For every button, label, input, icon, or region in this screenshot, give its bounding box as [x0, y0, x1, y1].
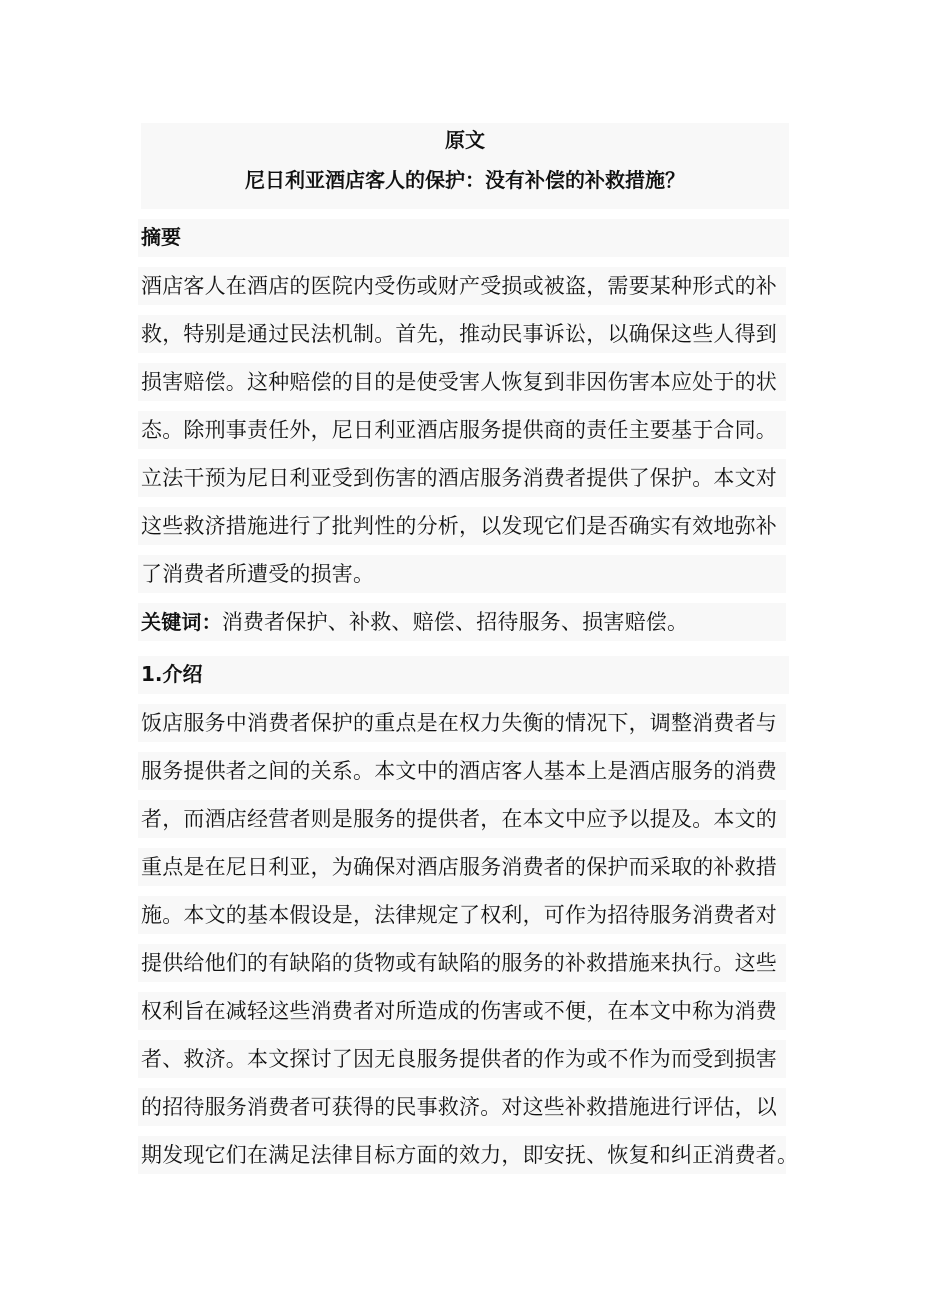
section1-line: 服务提供者之间的关系。本文中的酒店客人基本上是酒店服务的消费	[138, 752, 786, 790]
section1-line: 者、救济。本文探讨了因无良服务提供者的作为或不作为而受到损害	[138, 1040, 786, 1078]
abstract-line: 了消费者所遭受的损害。	[138, 555, 786, 593]
abstract-line: 救，特别是通过民法机制。首先，推动民事诉讼，以确保这些人得到	[138, 315, 786, 353]
section1-heading: 1.介绍	[138, 656, 789, 694]
abstract-line: 损害赔偿。这种赔偿的目的是使受害人恢复到非因伤害本应处于的状	[138, 363, 786, 401]
document-page: 原文 尼日利亚酒店客人的保护：没有补偿的补救措施？ 摘要 酒店客人在酒店的医院内…	[0, 0, 926, 1309]
section1-line: 的招待服务消费者可获得的民事救济。对这些补救措施进行评估，以	[138, 1088, 786, 1126]
section1-line: 施。本文的基本假设是，法律规定了权利，可作为招待服务消费者对	[138, 896, 786, 934]
section1-line: 提供给他们的有缺陷的货物或有缺陷的服务的补救措施来执行。这些	[138, 944, 786, 982]
section1-line: 期发现它们在满足法律目标方面的效力，即安抚、恢复和纠正消费者。	[138, 1136, 786, 1174]
title-block: 原文 尼日利亚酒店客人的保护：没有补偿的补救措施？	[141, 123, 789, 209]
keywords-label: 关键词：	[141, 610, 222, 634]
section1-line: 权利旨在减轻这些消费者对所造成的伤害或不便，在本文中称为消费	[138, 992, 786, 1030]
abstract-line: 态。除刑事责任外，尼日利亚酒店服务提供商的责任主要基于合同。	[138, 411, 786, 449]
document-title: 尼日利亚酒店客人的保护：没有补偿的补救措施？	[141, 167, 789, 193]
document-label: 原文	[141, 127, 789, 153]
abstract-heading: 摘要	[138, 219, 789, 257]
abstract-line: 酒店客人在酒店的医院内受伤或财产受损或被盗，需要某种形式的补	[138, 267, 786, 305]
section1-line: 饭店服务中消费者保护的重点是在权力失衡的情况下，调整消费者与	[138, 704, 786, 742]
section1-line: 者，而酒店经营者则是服务的提供者，在本文中应予以提及。本文的	[138, 800, 786, 838]
abstract-line: 立法干预为尼日利亚受到伤害的酒店服务消费者提供了保护。本文对	[138, 459, 786, 497]
keywords-line: 关键词：消费者保护、补救、赔偿、招待服务、损害赔偿。	[138, 603, 786, 641]
keywords-text: 消费者保护、补救、赔偿、招待服务、损害赔偿。	[222, 610, 688, 634]
section1-line: 重点是在尼日利亚，为确保对酒店服务消费者的保护而采取的补救措	[138, 848, 786, 886]
abstract-line: 这些救济措施进行了批判性的分析，以发现它们是否确实有效地弥补	[138, 507, 786, 545]
